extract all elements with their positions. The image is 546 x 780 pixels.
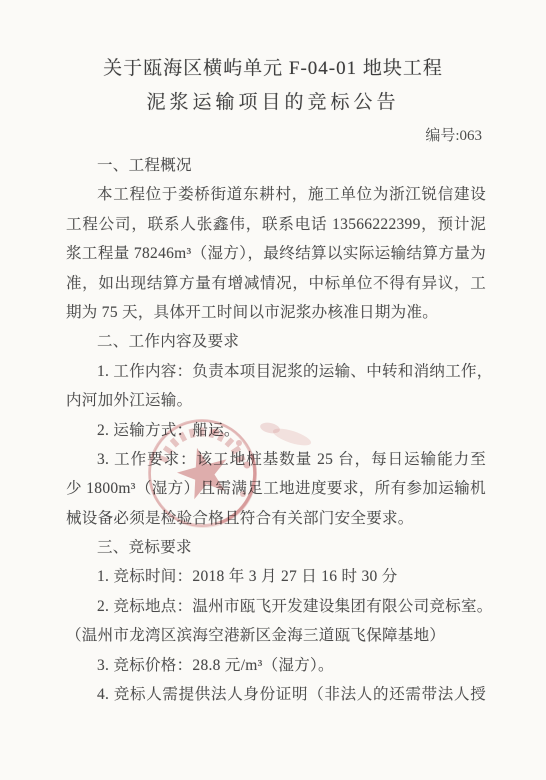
text-line: 准，如出现结算方量有增减情况，中标单位不得有异议，工: [66, 269, 486, 298]
text-line: 本工程位于娄桥街道东耕村，施工单位为浙江锐信建设: [66, 180, 486, 209]
text-line: 工程公司，联系人张鑫伟，联系电话 13566222399，预计泥: [66, 210, 486, 239]
text-line: 少 1800m³（湿方）且需满足工地进度要求，所有参加运输机: [66, 474, 486, 503]
document-title-line2: 泥浆运输项目的竞标公告: [0, 86, 546, 120]
document-body: 一、工程概况本工程位于娄桥街道东耕村，施工单位为浙江锐信建设工程公司，联系人张鑫…: [0, 151, 546, 709]
text-line: 2. 竞标地点：温州市瓯飞开发建设集团有限公司竞标室。: [66, 592, 486, 621]
document-page: 关于瓯海区横屿单元 F-04-01 地块工程 泥浆运输项目的竞标公告 编号:06…: [0, 0, 546, 780]
text-line: 浆工程量 78246m³（湿方），最终结算以实际运输结算方量为: [66, 239, 486, 268]
text-line: 4. 竞标人需提供法人身份证明（非法人的还需带法人授: [66, 680, 486, 709]
text-line: （温州市龙湾区滨海空港新区金海三道瓯飞保障基地）: [66, 621, 486, 650]
document-title-line1: 关于瓯海区横屿单元 F-04-01 地块工程: [0, 52, 546, 86]
text-line: 1. 竞标时间：2018 年 3 月 27 日 16 时 30 分: [66, 562, 486, 591]
text-line: 1. 工作内容：负责本项目泥浆的运输、中转和消纳工作，: [66, 357, 486, 386]
document-title: 关于瓯海区横屿单元 F-04-01 地块工程 泥浆运输项目的竞标公告: [0, 0, 546, 120]
text-line: 期为 75 天，具体开工时间以市泥浆办核准日期为准。: [66, 298, 486, 327]
text-line: 内河加外江运输。: [66, 386, 486, 415]
document-number: 编号:063: [0, 126, 546, 147]
text-line: 械设备必须是检验合格且符合有关部门安全要求。: [66, 504, 486, 533]
section-heading: 二、工作内容及要求: [66, 327, 486, 356]
text-line: 3. 工作要求：该工地桩基数量 25 台，每日运输能力至: [66, 445, 486, 474]
section-heading: 三、竞标要求: [66, 533, 486, 562]
text-line: 2. 运输方式：船运。: [66, 416, 486, 445]
section-heading: 一、工程概况: [66, 151, 486, 180]
text-line: 3. 竞标价格：28.8 元/m³（湿方）。: [66, 651, 486, 680]
